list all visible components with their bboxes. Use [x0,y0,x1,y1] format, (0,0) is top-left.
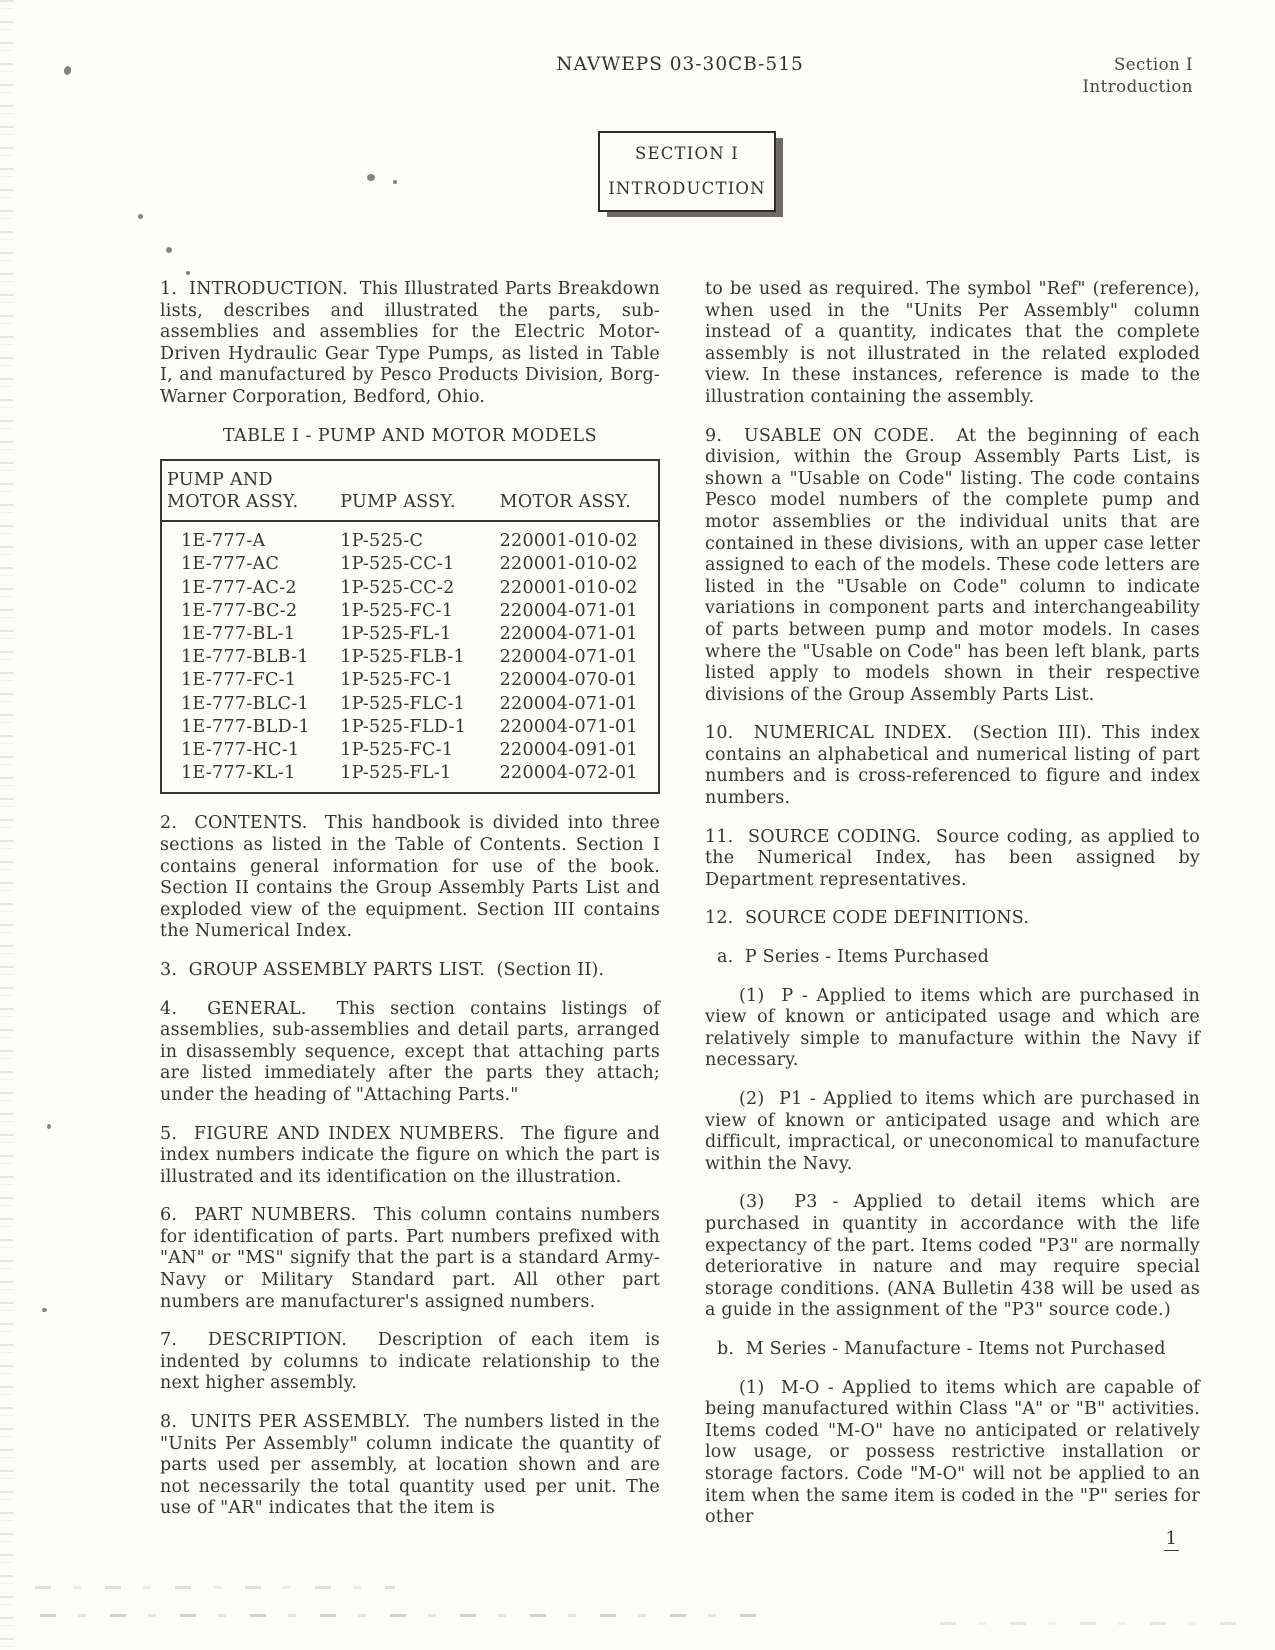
cell-pump-motor-assy: 1E-777-A [161,521,340,553]
running-head: Section I Introduction [1083,54,1194,98]
scan-artifact [940,1622,1240,1625]
cell-pump-assy: 1P-525-C [340,521,499,553]
paragraph-introduction: 1. INTRODUCTION. This Illustrated Parts … [160,279,660,409]
paragraph-contents: 2. CONTENTS. This handbook is divided in… [160,813,660,943]
item-m-series: b. M Series - Manufacture - Items not Pu… [705,1339,1200,1361]
cell-pump-assy: 1P-525-CC-1 [340,553,499,576]
scan-artifact [47,1124,51,1129]
col-header-motor-assy: MOTOR ASSY. [500,460,659,521]
item-p-code: (1) P - Applied to items which are purch… [705,986,1200,1072]
table-row: 1E-777-BLC-11P-525-FLC-1220004-071-01 [161,693,659,716]
cell-pump-assy: 1P-525-FLB-1 [340,646,499,669]
table-row: 1E-777-HC-11P-525-FC-1220004-091-01 [161,739,659,762]
cell-pump-motor-assy: 1E-777-BLB-1 [161,646,340,669]
paragraph-units-per-assembly-continued: to be used as required. The symbol "Ref"… [705,279,1200,409]
text-body: 1. INTRODUCTION. This Illustrated Parts … [160,279,1200,1546]
paragraph-units-per-assembly: 8. UNITS PER ASSEMBLY. The numbers liste… [160,1412,660,1520]
table-row: 1E-777-KL-11P-525-FL-1220004-072-01 [161,762,659,793]
table-row: 1E-777-AC-21P-525-CC-2220001-010-02 [161,577,659,600]
paragraph-source-code-definitions: 12. SOURCE CODE DEFINITIONS. [705,908,1200,930]
cell-pump-motor-assy: 1E-777-BL-1 [161,623,340,646]
scan-artifact [393,180,397,184]
cell-pump-assy: 1P-525-FC-1 [340,669,499,692]
paragraph-usable-on-code: 9. USABLE ON CODE. At the beginning of e… [705,426,1200,707]
page-number: 1 [1164,1528,1179,1551]
table-row: 1E-777-BLB-11P-525-FLB-1220004-071-01 [161,646,659,669]
cell-pump-motor-assy: 1E-777-KL-1 [161,762,340,793]
table-row: 1E-777-FC-11P-525-FC-1220004-070-01 [161,669,659,692]
cell-motor-assy: 220004-071-01 [500,600,659,623]
cell-pump-assy: 1P-525-CC-2 [340,577,499,600]
section-box-title: INTRODUCTION [606,179,768,198]
scan-artifact [367,174,375,181]
cell-motor-assy: 220001-010-02 [500,577,659,600]
cell-motor-assy: 220004-072-01 [500,762,659,793]
cell-motor-assy: 220004-071-01 [500,716,659,739]
right-column: to be used as required. The symbol "Ref"… [705,279,1200,1546]
table-row: 1E-777-BL-11P-525-FL-1220004-071-01 [161,623,659,646]
document-page: NAVWEPS 03-30CB-515 Section I Introducti… [0,0,1275,1650]
paragraph-figure-and-index-numbers: 5. FIGURE AND INDEX NUMBERS. The figure … [160,1124,660,1189]
paragraph-general: 4. GENERAL. This section contains listin… [160,999,660,1107]
paragraph-part-numbers: 6. PART NUMBERS. This column contains nu… [160,1205,660,1313]
section-title-box: SECTION I INTRODUCTION [598,131,776,212]
cell-motor-assy: 220004-070-01 [500,669,659,692]
table-row: 1E-777-BLD-11P-525-FLD-1220004-071-01 [161,716,659,739]
table-row: 1E-777-BC-21P-525-FC-1220004-071-01 [161,600,659,623]
item-m-o-code: (1) M-O - Applied to items which are cap… [705,1378,1200,1529]
paragraph-source-coding: 11. SOURCE CODING. Source coding, as app… [705,827,1200,892]
cell-pump-assy: 1P-525-FL-1 [340,623,499,646]
cell-pump-motor-assy: 1E-777-BLD-1 [161,716,340,739]
scan-artifact [186,271,190,275]
table-row: 1E-777-AC1P-525-CC-1220001-010-02 [161,553,659,576]
section-box-section: SECTION I [606,144,768,163]
col-header-pump-assy: PUMP ASSY. [340,460,499,521]
table-header-row: PUMP AND MOTOR ASSY. PUMP ASSY. MOTOR AS… [161,460,659,521]
scan-artifact [166,247,172,253]
pump-motor-models-table: PUMP AND MOTOR ASSY. PUMP ASSY. MOTOR AS… [160,459,660,794]
cell-pump-motor-assy: 1E-777-FC-1 [161,669,340,692]
cell-motor-assy: 220001-010-02 [500,553,659,576]
cell-pump-motor-assy: 1E-777-AC-2 [161,577,340,600]
cell-pump-assy: 1P-525-FC-1 [340,600,499,623]
scan-artifact [35,1586,395,1589]
cell-pump-assy: 1P-525-FC-1 [340,739,499,762]
table-row: 1E-777-A1P-525-C220001-010-02 [161,521,659,553]
scan-artifact [42,1308,47,1312]
cell-pump-motor-assy: 1E-777-HC-1 [161,739,340,762]
scan-artifact [138,214,143,219]
running-head-section: Section I [1083,54,1194,76]
col-header-pump-and-motor-assy: PUMP AND MOTOR ASSY. [161,460,340,521]
left-column: 1. INTRODUCTION. This Illustrated Parts … [160,279,660,1546]
scan-artifact [0,0,13,1650]
cell-pump-assy: 1P-525-FL-1 [340,762,499,793]
running-head-title: Introduction [1083,76,1194,98]
cell-motor-assy: 220001-010-02 [500,521,659,553]
table-title: TABLE I - PUMP AND MOTOR MODELS [160,426,660,448]
item-p1-code: (2) P1 - Applied to items which are purc… [705,1089,1200,1175]
cell-pump-motor-assy: 1E-777-AC [161,553,340,576]
cell-pump-assy: 1P-525-FLD-1 [340,716,499,739]
cell-motor-assy: 220004-071-01 [500,646,659,669]
scan-artifact [40,1614,760,1617]
cell-pump-motor-assy: 1E-777-BLC-1 [161,693,340,716]
cell-pump-assy: 1P-525-FLC-1 [340,693,499,716]
item-p-series: a. P Series - Items Purchased [705,947,1200,969]
item-p3-code: (3) P3 - Applied to detail items which a… [705,1192,1200,1322]
cell-pump-motor-assy: 1E-777-BC-2 [161,600,340,623]
cell-motor-assy: 220004-091-01 [500,739,659,762]
cell-motor-assy: 220004-071-01 [500,623,659,646]
paragraph-numerical-index: 10. NUMERICAL INDEX. (Section III). This… [705,723,1200,809]
cell-motor-assy: 220004-071-01 [500,693,659,716]
paragraph-group-assembly-parts-list: 3. GROUP ASSEMBLY PARTS LIST. (Section I… [160,960,660,982]
paragraph-description: 7. DESCRIPTION. Description of each item… [160,1330,660,1395]
